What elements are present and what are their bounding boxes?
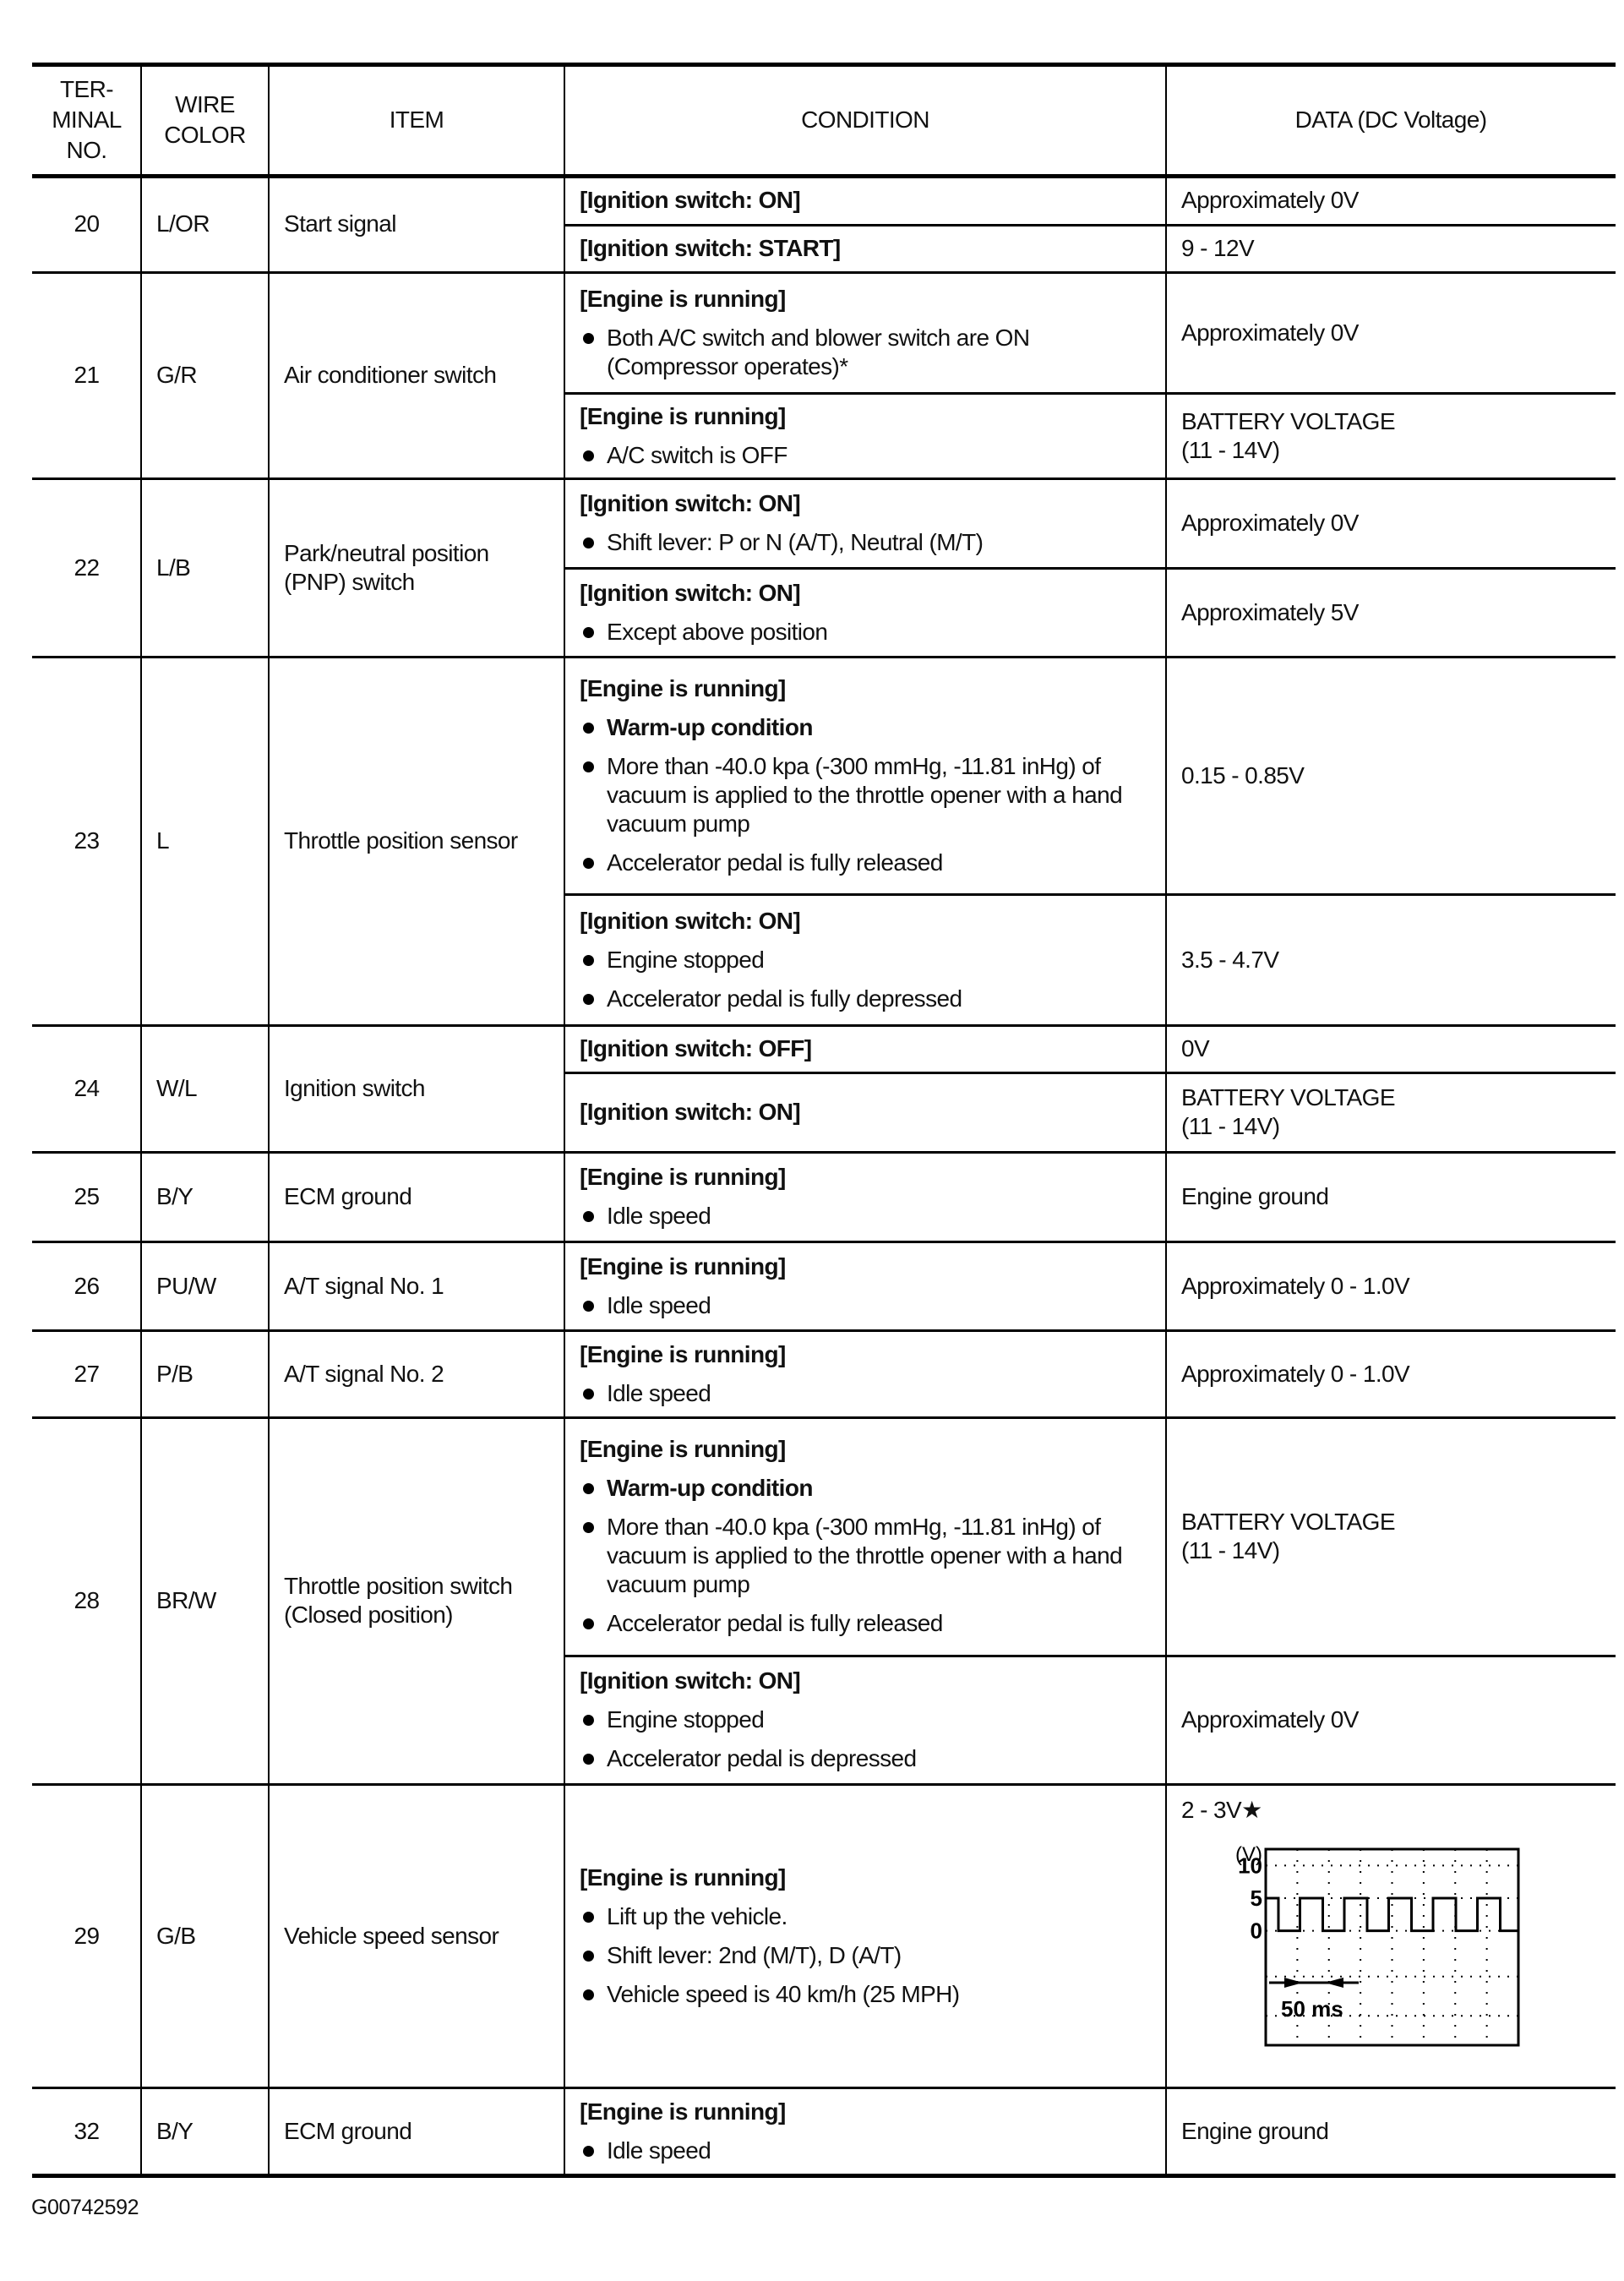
data-voltage: Engine ground (1181, 1182, 1328, 1211)
wire-color-code: BR/W (156, 1586, 216, 1615)
y-tick-label: 10 (1238, 1853, 1262, 1878)
arrowhead-right-icon (1284, 1978, 1303, 1988)
condition-bullet: Lift up the vehicle. (580, 1902, 787, 1931)
terminal-number: 21 (74, 361, 100, 390)
item: Throttle position switch (Closed positio… (269, 1417, 564, 1784)
item-name: ECM ground (284, 1182, 411, 1211)
data-value: Approximately 5V (1166, 568, 1616, 657)
item: Park/neutral position (PNP) switch (269, 478, 564, 657)
wire-color: W/L (141, 1025, 269, 1152)
condition: [Ignition switch: OFF] (564, 1025, 1166, 1072)
condition-bullet: Engine stopped (580, 1705, 764, 1734)
header-data: DATA (DC Voltage) (1166, 64, 1616, 176)
wire-color-code: L/OR (156, 210, 210, 238)
header-label: TER- MINAL NO. (52, 74, 122, 166)
wire-color: G/B (141, 1784, 269, 2087)
condition: [Ignition switch: ON]Except above positi… (564, 568, 1166, 657)
condition-bullet: Idle speed (580, 1202, 711, 1231)
condition-heading: [Engine is running] (580, 1340, 786, 1369)
terminal-no: 24 (32, 1025, 141, 1152)
terminal-number: 25 (74, 1182, 100, 1211)
condition-heading: [Ignition switch: ON] (580, 186, 800, 215)
condition: [Engine is running]Idle speed (564, 1152, 1166, 1241)
condition-bullet: A/C switch is OFF (580, 441, 787, 470)
condition: [Ignition switch: ON]Shift lever: P or N… (564, 478, 1166, 568)
condition-bullet: Vehicle speed is 40 km/h (25 MPH) (580, 1980, 960, 2009)
condition-heading: [Ignition switch: ON] (580, 907, 800, 936)
data-value: Engine ground (1166, 2087, 1616, 2175)
terminal-number: 27 (74, 1360, 100, 1389)
condition-heading: [Ignition switch: ON] (580, 579, 800, 608)
wire-color-code: G/B (156, 1922, 195, 1951)
condition-heading: [Engine is running] (580, 1435, 786, 1464)
condition-bullet: Accelerator pedal is fully depressed (580, 985, 962, 1013)
wire-color-code: B/Y (156, 2117, 193, 2146)
item: A/T signal No. 2 (269, 1330, 564, 1417)
item-name: Ignition switch (284, 1074, 425, 1103)
condition: [Ignition switch: START] (564, 225, 1166, 272)
wire-color-code: P/B (156, 1360, 193, 1389)
condition-heading: [Ignition switch: ON] (580, 489, 800, 518)
data-voltage: Approximately 0V (1181, 319, 1359, 347)
condition-heading: [Ignition switch: START] (580, 234, 841, 263)
data-voltage: 0.15 - 0.85V (1181, 761, 1304, 790)
data-voltage: 2 - 3V★ (1181, 1796, 1262, 1825)
wire-color: PU/W (141, 1241, 269, 1330)
data-value: Approximately 0 - 1.0V (1166, 1330, 1616, 1417)
wire-color: P/B (141, 1330, 269, 1417)
condition: [Ignition switch: ON]Engine stoppedAccel… (564, 894, 1166, 1025)
condition-bullet: Shift lever: 2nd (M/T), D (A/T) (580, 1941, 902, 1970)
data-voltage: Engine ground (1181, 2117, 1328, 2146)
condition-heading: [Ignition switch: ON] (580, 1098, 800, 1127)
header-terminal: TER- MINAL NO. (32, 64, 141, 176)
item-name: Air conditioner switch (284, 361, 496, 390)
terminal-no: 21 (32, 272, 141, 478)
header-wire-color: WIRE COLOR (141, 64, 269, 176)
item-name: Throttle position switch (Closed positio… (284, 1572, 512, 1629)
condition: [Engine is running]Idle speed (564, 1241, 1166, 1330)
item-name: Park/neutral position (PNP) switch (284, 539, 489, 597)
condition-bullet: Shift lever: P or N (A/T), Neutral (M/T) (580, 528, 983, 557)
data-voltage: Approximately 0 - 1.0V (1181, 1272, 1409, 1301)
item: A/T signal No. 1 (269, 1241, 564, 1330)
data-value: BATTERY VOLTAGE (11 - 14V) (1166, 1417, 1616, 1656)
wire-color-code: PU/W (156, 1272, 216, 1301)
terminal-no: 23 (32, 657, 141, 1025)
data-voltage: Approximately 5V (1181, 598, 1359, 627)
wire-color: B/Y (141, 2087, 269, 2175)
condition-bullet: Idle speed (580, 1379, 711, 1408)
item-name: Vehicle speed sensor (284, 1922, 499, 1951)
condition-bullet: Engine stopped (580, 946, 764, 974)
condition: [Engine is running]Warm-up conditionMore… (564, 1417, 1166, 1656)
terminal-number: 29 (74, 1922, 100, 1951)
data-voltage: Approximately 0V (1181, 186, 1359, 215)
data-voltage: Approximately 0V (1181, 509, 1359, 538)
item-name: ECM ground (284, 2117, 411, 2146)
condition-heading: [Engine is running] (580, 1252, 786, 1281)
data-voltage: 0V (1181, 1034, 1209, 1063)
wire-color: B/Y (141, 1152, 269, 1241)
terminal-no: 26 (32, 1241, 141, 1330)
item-name: A/T signal No. 2 (284, 1360, 444, 1389)
terminal-number: 26 (74, 1272, 100, 1301)
item: ECM ground (269, 2087, 564, 2175)
condition: [Engine is running]Warm-up conditionMore… (564, 657, 1166, 894)
condition: [Engine is running]A/C switch is OFF (564, 393, 1166, 478)
terminal-number: 23 (74, 827, 100, 855)
header-label: ITEM (390, 105, 444, 135)
header-label: WIRE COLOR (164, 90, 246, 150)
condition-bullet: More than -40.0 kpa (-300 mmHg, -11.81 i… (580, 1513, 1166, 1599)
condition-heading: [Ignition switch: ON] (580, 1667, 800, 1695)
condition-heading: [Engine is running] (580, 1864, 786, 1892)
condition-heading: [Engine is running] (580, 1163, 786, 1192)
data-voltage: BATTERY VOLTAGE (11 - 14V) (1181, 1508, 1395, 1565)
item: Ignition switch (269, 1025, 564, 1152)
item-name: A/T signal No. 1 (284, 1272, 444, 1301)
condition: [Engine is running]Both A/C switch and b… (564, 272, 1166, 393)
terminal-no: 27 (32, 1330, 141, 1417)
wire-color: G/R (141, 272, 269, 478)
condition-bullet: Accelerator pedal is fully released (580, 849, 943, 877)
item: Start signal (269, 176, 564, 272)
y-tick-label: 0 (1251, 1918, 1262, 1944)
condition-bullet: Accelerator pedal is fully released (580, 1609, 943, 1638)
condition-heading: [Engine is running] (580, 402, 786, 431)
terminal-number: 22 (74, 554, 100, 582)
data-voltage: 9 - 12V (1181, 234, 1254, 263)
condition: [Ignition switch: ON]Engine stoppedAccel… (564, 1656, 1166, 1784)
condition-bullet: Warm-up condition (580, 713, 813, 742)
y-tick-label: 5 (1251, 1885, 1262, 1911)
wire-color-code: G/R (156, 361, 197, 390)
waveform-chart: (V)105050 ms (1213, 1825, 1534, 2062)
condition-heading: [Engine is running] (580, 674, 786, 703)
data-value: Approximately 0V (1166, 176, 1616, 225)
data-value: 0V (1166, 1025, 1616, 1072)
condition: [Engine is running]Idle speed (564, 2087, 1166, 2175)
terminal-number: 24 (74, 1074, 100, 1103)
data-voltage: 3.5 - 4.7V (1181, 946, 1278, 974)
item: Air conditioner switch (269, 272, 564, 478)
data-voltage: Approximately 0 - 1.0V (1181, 1360, 1409, 1389)
data-value: Approximately 0V (1166, 478, 1616, 568)
wire-color-code: L/B (156, 554, 190, 582)
terminal-no: 25 (32, 1152, 141, 1241)
data-value: BATTERY VOLTAGE (11 - 14V) (1166, 1072, 1616, 1152)
condition: [Ignition switch: ON] (564, 176, 1166, 225)
terminal-number: 20 (74, 210, 100, 238)
data-value: Approximately 0 - 1.0V (1166, 1241, 1616, 1330)
condition-bullet: Idle speed (580, 2136, 711, 2165)
data-voltage: BATTERY VOLTAGE (11 - 14V) (1181, 1083, 1395, 1141)
item: Throttle position sensor (269, 657, 564, 1025)
item-name: Throttle position sensor (284, 827, 518, 855)
data-value: BATTERY VOLTAGE (11 - 14V) (1166, 393, 1616, 478)
arrowhead-left-icon (1325, 1978, 1343, 1988)
terminal-data-page: TER- MINAL NO.WIRE COLORITEMCONDITIONDAT… (0, 0, 1624, 2281)
data-value: Engine ground (1166, 1152, 1616, 1241)
condition-bullet: Accelerator pedal is depressed (580, 1744, 916, 1773)
condition-bullet: Warm-up condition (580, 1474, 813, 1503)
data-value: 0.15 - 0.85V (1166, 657, 1616, 894)
terminal-no: 28 (32, 1417, 141, 1784)
wire-color: L (141, 657, 269, 1025)
condition: [Ignition switch: ON] (564, 1072, 1166, 1152)
condition-heading: [Engine is running] (580, 285, 786, 314)
data-value: Approximately 0V (1166, 272, 1616, 393)
terminal-no: 32 (32, 2087, 141, 2175)
terminal-no: 22 (32, 478, 141, 657)
condition: [Engine is running]Lift up the vehicle.S… (564, 1784, 1166, 2087)
data-value: 3.5 - 4.7V (1166, 894, 1616, 1025)
condition-heading: [Ignition switch: OFF] (580, 1034, 812, 1063)
item: ECM ground (269, 1152, 564, 1241)
data-value: Approximately 0V (1166, 1656, 1616, 1784)
header-item: ITEM (269, 64, 564, 176)
data-voltage: Approximately 0V (1181, 1705, 1359, 1734)
terminal-no: 29 (32, 1784, 141, 2087)
data-voltage: BATTERY VOLTAGE (11 - 14V) (1181, 407, 1395, 465)
header-condition: CONDITION (564, 64, 1166, 176)
condition-bullet: More than -40.0 kpa (-300 mmHg, -11.81 i… (580, 752, 1166, 838)
wire-color-code: L (156, 827, 169, 855)
wire-color: L/OR (141, 176, 269, 272)
figure-id: G00742592 (31, 2196, 139, 2220)
data-value: 9 - 12V (1166, 225, 1616, 272)
header-label: CONDITION (801, 105, 929, 135)
wire-color: L/B (141, 478, 269, 657)
terminal-number: 28 (74, 1586, 100, 1615)
item: Vehicle speed sensor (269, 1784, 564, 2087)
condition: [Engine is running]Idle speed (564, 1330, 1166, 1417)
time-scale-label: 50 ms (1281, 1996, 1343, 2022)
item-name: Start signal (284, 210, 396, 238)
condition-bullet: Both A/C switch and blower switch are ON… (580, 324, 1166, 381)
wire-color: BR/W (141, 1417, 269, 1784)
condition-heading: [Engine is running] (580, 2098, 786, 2126)
square-wave-trace (1266, 1898, 1518, 1931)
header-label: DATA (DC Voltage) (1295, 105, 1487, 135)
condition-bullet: Except above position (580, 618, 827, 647)
wire-color-code: W/L (156, 1074, 197, 1103)
terminal-no: 20 (32, 176, 141, 272)
terminal-number: 32 (74, 2117, 100, 2146)
wire-color-code: B/Y (156, 1182, 193, 1211)
condition-bullet: Idle speed (580, 1291, 711, 1320)
